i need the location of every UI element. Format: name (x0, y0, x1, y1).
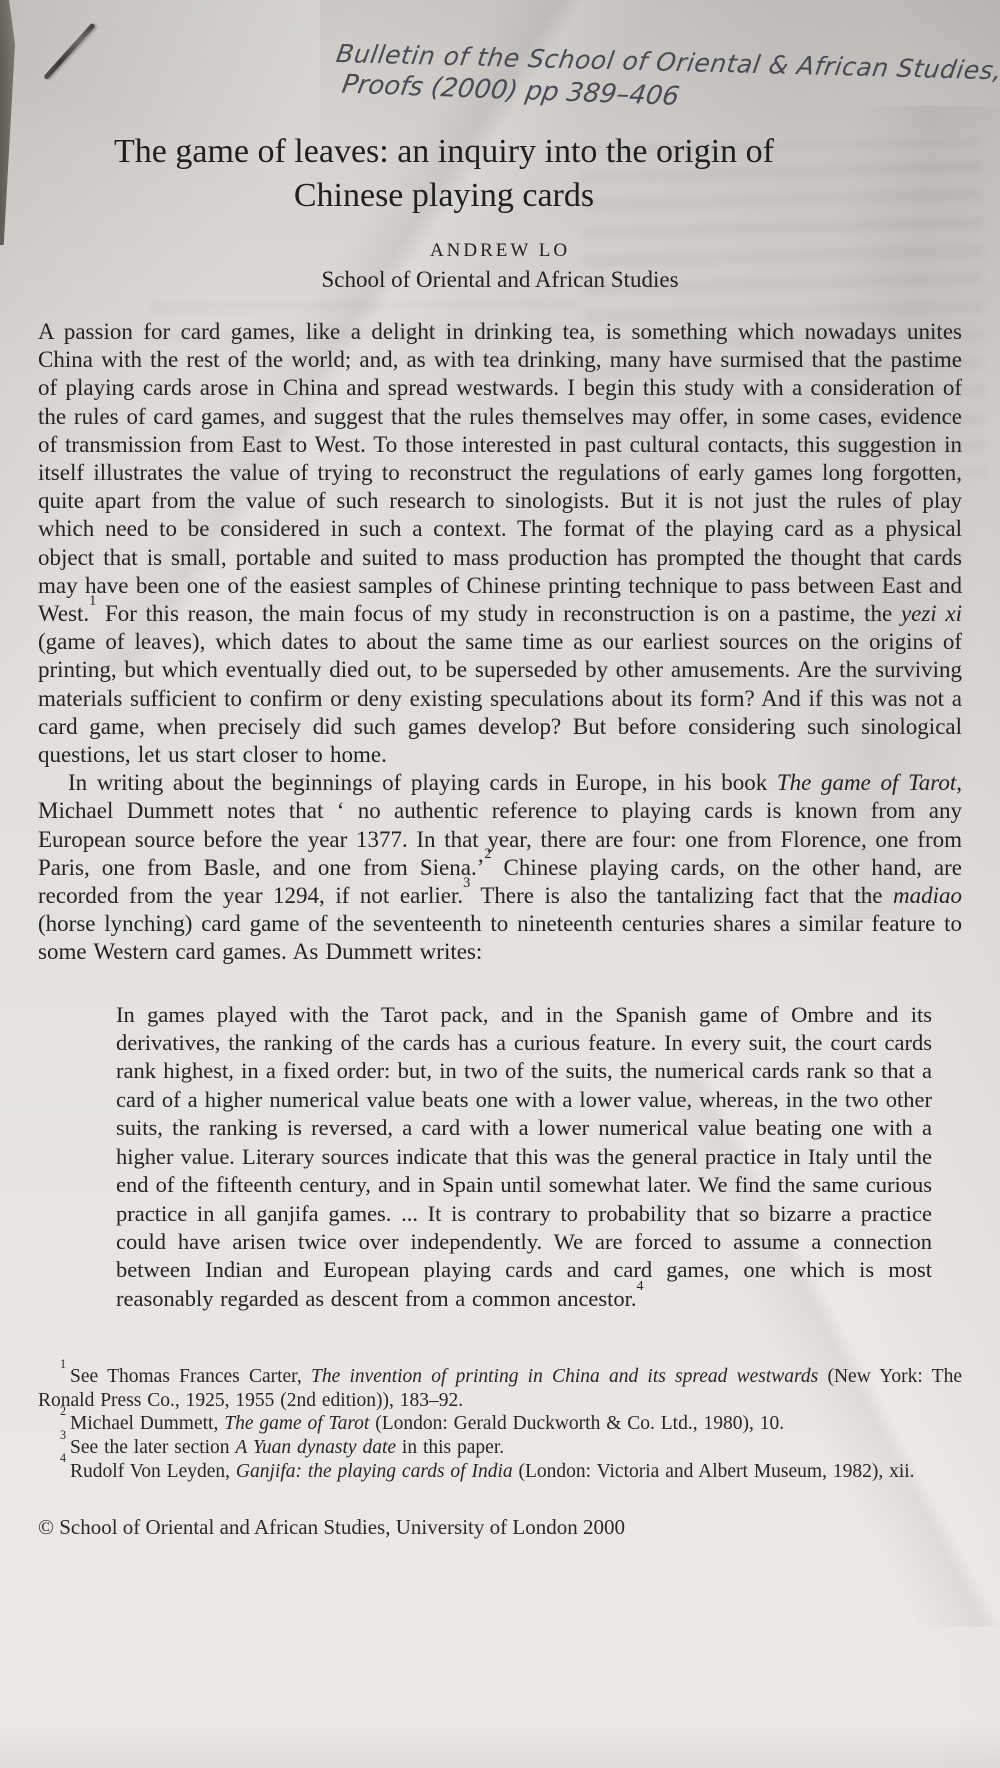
footnote-ref-1: 1 (89, 593, 96, 609)
page-bottom-shadow (0, 1722, 1000, 1768)
footnote-marker-4: 4 (60, 1451, 66, 1465)
text-segment: (game of leaves), which dates to about t… (38, 629, 962, 767)
footnote-ref-2: 2 (484, 846, 491, 862)
text-segment: (horse lynching) card game of the sevent… (38, 911, 962, 964)
printed-page-content: The game of leaves: an inquiry into the … (0, 0, 1000, 1540)
text-segment: There is also the tantalizing fact that … (470, 883, 893, 908)
footnote-2: 2Michael Dummett, The game of Tarot (Lon… (38, 1412, 962, 1436)
dummett-block-quote: In games played with the Tarot pack, and… (116, 1001, 932, 1313)
footnote-3: 3See the later section A Yuan dynasty da… (38, 1436, 962, 1460)
italic-term-madiao: madiao (893, 883, 962, 908)
italic-term-yezi-xi: yezi xi (901, 601, 962, 626)
text-segment: In writing about the beginnings of playi… (68, 770, 777, 795)
text-segment: See Thomas Frances Carter, (70, 1366, 311, 1387)
author-name: ANDREW LO (38, 240, 962, 262)
footnote-marker-2: 2 (60, 1404, 66, 1418)
italic-book-title: Ganjifa: the playing cards of India (236, 1461, 513, 1482)
text-segment: in this paper. (396, 1437, 504, 1458)
footnotes-section: 1See Thomas Frances Carter, The inventio… (38, 1365, 962, 1483)
paragraph-1: A passion for card games, like a delight… (38, 318, 962, 769)
text-segment: (London: Gerald Duckworth & Co. Ltd., 19… (369, 1413, 784, 1434)
text-segment: In games played with the Tarot pack, and… (116, 1002, 932, 1311)
text-segment: See the later section (70, 1437, 235, 1458)
italic-book-title: The game of Tarot (224, 1413, 369, 1434)
scanned-paper-page: Bulletin of the School of Oriental & Afr… (0, 0, 1000, 1768)
footnote-ref-3: 3 (463, 875, 470, 891)
text-segment: (London: Victoria and Albert Museum, 198… (513, 1461, 915, 1482)
text-segment: For this reason, the main focus of my st… (96, 601, 901, 626)
paragraph-2: In writing about the beginnings of playi… (38, 769, 962, 966)
footnote-marker-1: 1 (60, 1357, 66, 1371)
italic-book-title: The invention of printing in China and i… (311, 1366, 818, 1387)
author-affiliation: School of Oriental and African Studies (38, 267, 962, 293)
footnote-4: 4Rudolf Von Leyden, Ganjifa: the playing… (38, 1460, 962, 1484)
text-segment: Rudolf Von Leyden, (70, 1461, 236, 1482)
copyright-line: © School of Oriental and African Studies… (38, 1515, 962, 1540)
footnote-ref-4: 4 (637, 1279, 644, 1294)
text-segment: Michael Dummett, (70, 1413, 224, 1434)
article-title: The game of leaves: an inquiry into the … (38, 130, 850, 218)
italic-book-title: The game of Tarot (777, 770, 956, 795)
title-line-2: Chinese playing cards (294, 177, 594, 214)
footnote-marker-3: 3 (60, 1428, 66, 1442)
title-line-1: The game of leaves: an inquiry into the … (114, 133, 774, 170)
italic-section-title: A Yuan dynasty date (235, 1437, 396, 1458)
text-segment: A passion for card games, like a delight… (38, 319, 962, 626)
footnote-1: 1See Thomas Frances Carter, The inventio… (38, 1365, 962, 1412)
